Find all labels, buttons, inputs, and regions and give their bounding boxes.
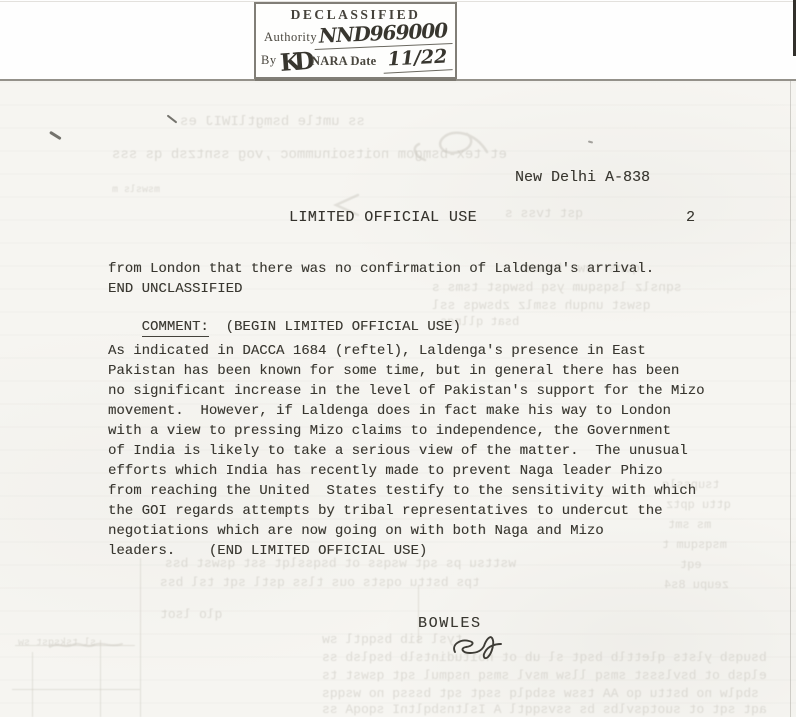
body-line: leaders. (END LIMITED OFFICIAL USE) — [108, 541, 705, 561]
stamp-reviewer-initials-handwritten: KD — [279, 46, 309, 77]
stamp-authority-label: Authority — [264, 30, 317, 45]
classification-heading: LIMITED OFFICIAL USE — [289, 209, 477, 226]
bleedthrough-grid-line — [12, 689, 140, 690]
body-line: no significant increase in the level of … — [108, 381, 705, 401]
bleedthrough-line: elqsb ot bsvlssst smsq llsw msvl smsq ns… — [322, 668, 767, 683]
bleedthrough-line: qst tvss s — [505, 206, 583, 221]
bleedthrough-grid-line — [140, 558, 141, 717]
body-line: negotiations which are now going on with… — [108, 521, 705, 541]
body-line: with a view to pressing Mizo claims to i… — [108, 421, 705, 441]
body-line: from London that there was no confirmati… — [108, 259, 654, 279]
bleedthrough-line: aqt sqt ot suotqsvlbs bs ssvsqqtl A Islt… — [322, 702, 767, 717]
bleedthrough-line: sbqlw no bsttu qo AA tssw ssbqlq ssqt sq… — [322, 686, 759, 701]
bleedthrough-line: qswst unquh ssmlz zbswqs ssl — [432, 298, 650, 313]
page-right-edge-line — [790, 81, 791, 717]
body-line: END UNCLASSIFIED — [108, 279, 654, 299]
stamp-date-handwritten: 11/22 — [382, 44, 452, 74]
airgram-reference-number: New Delhi A-838 — [515, 169, 650, 186]
body-line: efforts which India has recently made to… — [108, 461, 705, 481]
bleedthrough-scribble — [48, 638, 124, 652]
bleedthrough-line: tysl sib bsqqtl sw — [322, 632, 462, 647]
signature-initials-handwritten — [447, 632, 509, 664]
bleedthrough-line: bsuqsb ylsts qlettlb bsqt sl ub ot noitu… — [322, 650, 767, 665]
page-number: 2 — [686, 209, 695, 226]
bleedthrough-grid-line — [32, 652, 33, 717]
body-line: movement. However, if Laldenga does in f… — [108, 401, 705, 421]
body-line: As indicated in DACCA 1684 (reftel), Lal… — [108, 341, 705, 361]
comment-label: COMMENT: — [142, 319, 209, 337]
bleedthrough-line: qlo lsot — [160, 607, 222, 622]
stamp-by-label: By — [261, 53, 277, 68]
body-line: from reaching the United States testify … — [108, 481, 705, 501]
comment-parenthetical: (BEGIN LIMITED OFFICIAL USE) — [209, 319, 461, 335]
body-line: Pakistan has been known for some time, b… — [108, 361, 705, 381]
page-edge-line — [0, 79, 796, 81]
bleedthrough-grid-line — [418, 585, 419, 643]
body-paragraph: As indicated in DACCA 1684 (reftel), Lal… — [108, 341, 705, 561]
stamp-nara-date-label: NARA Date — [311, 54, 376, 69]
bleedthrough-line: ss umtle bsmgtlIWIJ es — [180, 114, 365, 130]
bleedthrough-line: tps bsttu oqsts ous tlss qstl sqt tsl bs… — [160, 575, 480, 590]
bleedthrough-swirl — [405, 122, 495, 170]
scanned-document-page: ss umtle bsmgtlIWIJ eset tex-bsmgom noit… — [0, 0, 796, 717]
declassification-stamp: DECLASSIFIED Authority NND969000 By KD N… — [254, 2, 457, 79]
signature-name: BOWLES — [418, 615, 482, 632]
body-opening-lines: from London that there was no confirmati… — [108, 259, 654, 299]
body-line: of India is likely to take a serious vie… — [108, 441, 705, 461]
body-line: the GOI regards attempts by tribal repre… — [108, 501, 705, 521]
bleedthrough-line: mswsls m — [112, 185, 160, 196]
bleedthrough-line: zeupu 8s4 — [664, 578, 729, 592]
